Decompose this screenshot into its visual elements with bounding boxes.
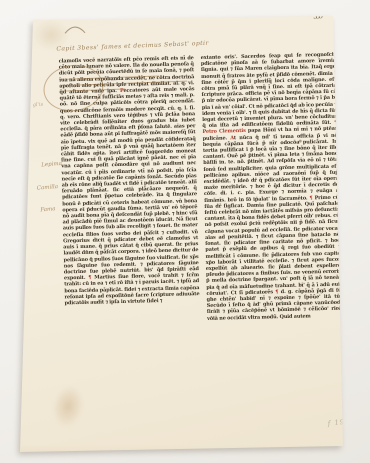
- ink-speck: [299, 140, 302, 143]
- handwritten-title: Capit 3bess' fames et decimus Sebast' op…: [56, 40, 209, 53]
- manuscript-page: Capit 3bess' fames et decimus Sebast' op…: [0, 0, 370, 463]
- caret-mark-icon: [63, 23, 87, 36]
- ink-speck: [110, 124, 112, 126]
- margin-note: Fama: [40, 206, 56, 213]
- foxing-stain: [49, 383, 87, 431]
- page-content: Capit 3bess' fames et decimus Sebast' op…: [0, 0, 370, 463]
- margin-gloss: gl'is: [33, 102, 44, 109]
- margin-note: Lepima: [41, 161, 62, 169]
- text-column-right: extanto oris'. Sacerdos ſeap qui ſe reco…: [201, 52, 342, 322]
- paper-shadow: Capit 3bess' fames et decimus Sebast' op…: [0, 0, 370, 463]
- folio-pencil-mark: f 19: [327, 418, 346, 428]
- margin-note: Camilla: [37, 184, 59, 192]
- photo-background: Capit 3bess' fames et decimus Sebast' op…: [0, 0, 370, 463]
- corner-ink-mark: ʒʒʒ: [313, 12, 322, 19]
